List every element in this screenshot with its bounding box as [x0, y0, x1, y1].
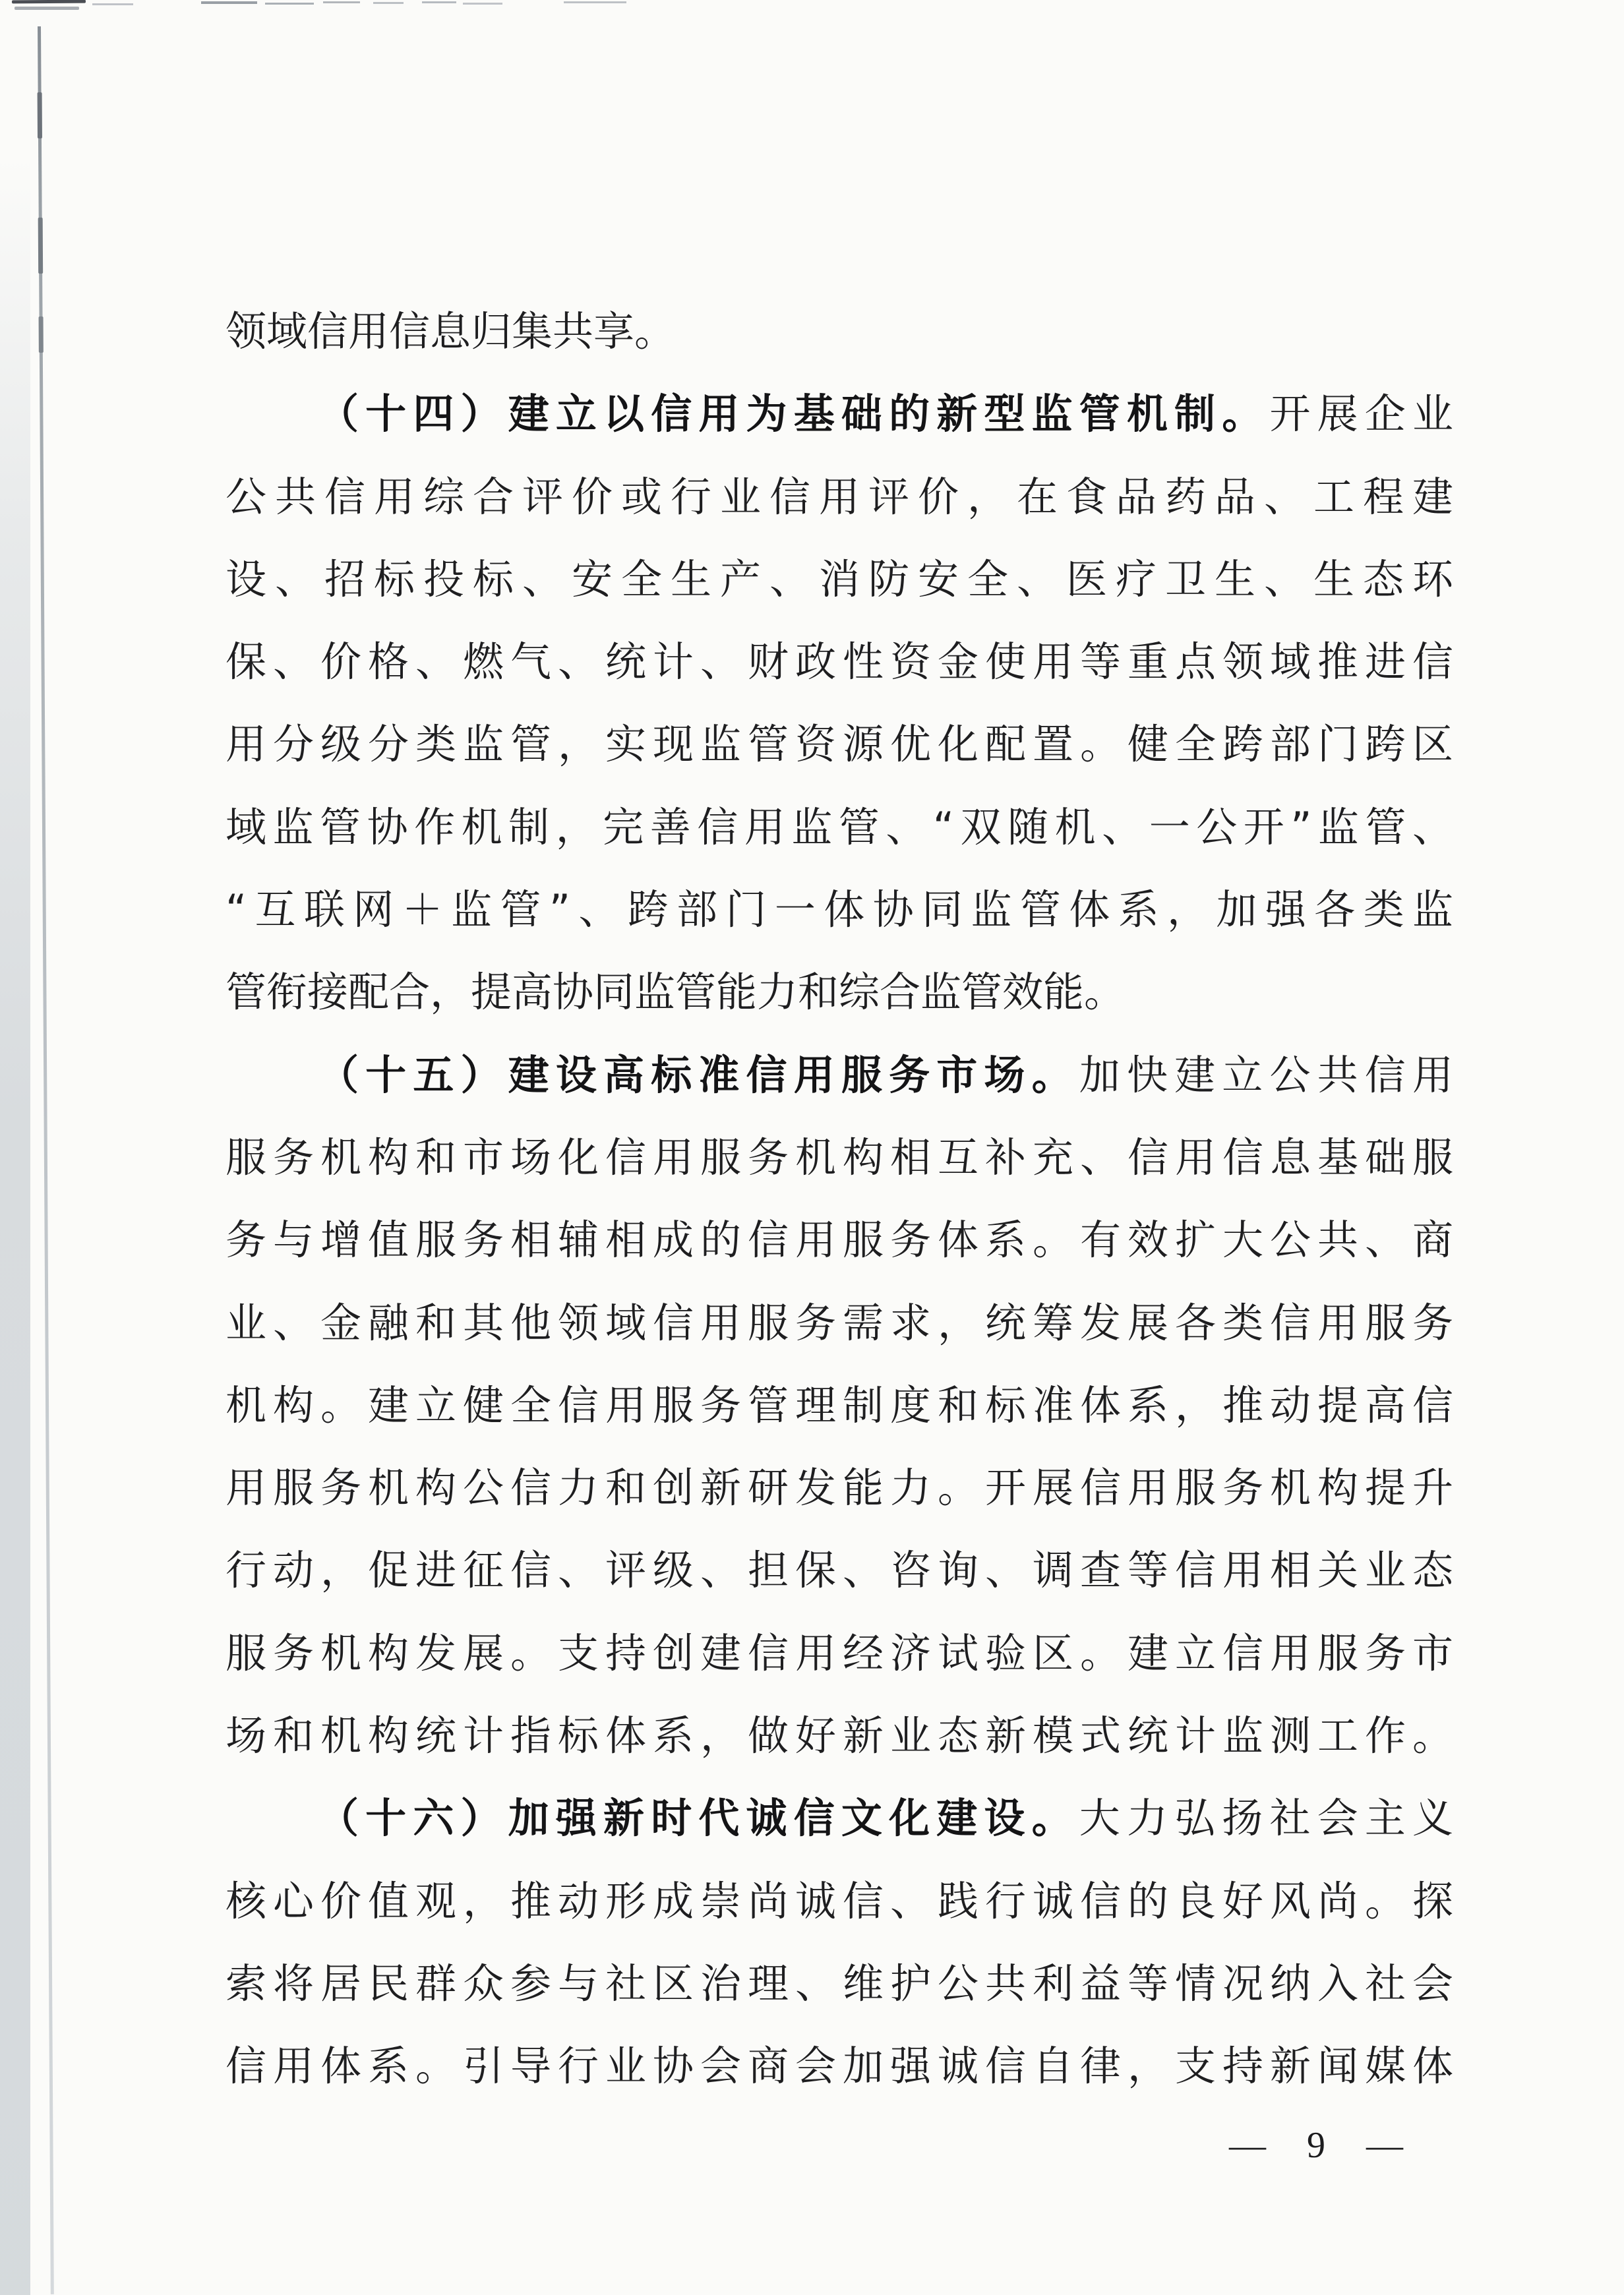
scan-artifact-top-dash: [463, 3, 502, 5]
text-line: 公共信用综合评价或行业信用评价，在食品药品、工程建: [226, 456, 1453, 538]
text-run: 设、招标投标、安全生产、消防安全、医疗卫生、生态环: [226, 555, 1453, 603]
text-line: 场和机构统计指标体系，做好新业态新模式统计监测工作。: [226, 1694, 1453, 1777]
text-line: 用分级分类监管，实现监管资源优化配置。健全跨部门跨区: [226, 703, 1453, 785]
text-run: 服务机构和市场化信用服务机构相互补充、信用信息基础服: [226, 1133, 1453, 1181]
text-run: 务与增值服务相辅相成的信用服务体系。有效扩大公共、商: [226, 1216, 1453, 1264]
text-run: 行动，促进征信、评级、担保、咨询、调查等信用相关业态: [226, 1546, 1453, 1594]
text-run: 管衔接配合，提高协同监管能力和综合监管效能。: [226, 968, 1125, 1016]
text-run: 用服务机构公信力和创新研发能力。开展信用服务机构提升: [226, 1464, 1453, 1512]
text-run: 场和机构统计指标体系，做好新业态新模式统计监测工作。: [226, 1712, 1453, 1760]
text-line: 信用体系。引导行业协会商会加强诚信自律，支持新闻媒体: [226, 2025, 1453, 2107]
text-run: 业、金融和其他领域信用服务需求，统筹发展各类信用服务: [226, 1299, 1453, 1347]
text-run: “互联网＋监管”、跨部门一体协同监管体系，加强各类监: [226, 885, 1453, 934]
text-line: （十四）建立以信用为基础的新型监管机制。开展企业: [226, 373, 1453, 455]
text-run: 索将居民群众参与社区治理、维护公共利益等情况纳入社会: [226, 1959, 1453, 2008]
text-run: 保、价格、燃气、统计、财政性资金使用等重点领域推进信: [226, 638, 1453, 686]
text-line: 行动，促进征信、评级、担保、咨询、调查等信用相关业态: [226, 1529, 1453, 1611]
scan-artifact-top-dash: [564, 1, 626, 3]
text-run: 信用体系。引导行业协会商会加强诚信自律，支持新闻媒体: [226, 2042, 1453, 2090]
scanned-page: 领域信用信息归集共享。 （十四）建立以信用为基础的新型监管机制。开展企业 公共信…: [0, 0, 1624, 2295]
text-line: 核心价值观，推动形成崇尚诚信、践行诚信的良好风尚。探: [226, 1860, 1453, 1942]
text-line: 用服务机构公信力和创新研发能力。开展信用服务机构提升: [226, 1446, 1453, 1529]
scan-artifact-top-dash: [92, 3, 133, 5]
text-line: 业、金融和其他领域信用服务需求，统筹发展各类信用服务: [226, 1282, 1453, 1364]
text-line: 服务机构和市场化信用服务机构相互补充、信用信息基础服: [226, 1116, 1453, 1199]
scan-artifact-edge-tick: [39, 316, 44, 353]
scan-artifact-top-dash: [12, 0, 86, 3]
scan-artifact-top-dash: [323, 1, 360, 3]
scan-artifact-top-dash: [265, 3, 314, 5]
scan-artifact-top-dash: [373, 2, 404, 4]
section-heading: （十四）建立以信用为基础的新型监管机制。: [318, 390, 1269, 438]
text-line: 索将居民群众参与社区治理、维护公共利益等情况纳入社会: [226, 1942, 1453, 2025]
scan-artifact-top-dash: [422, 1, 456, 3]
text-run: 公共信用综合评价或行业信用评价，在食品药品、工程建: [226, 473, 1453, 521]
text-run: 域监管协作机制，完善信用监管、“双随机、一公开”监管、: [226, 803, 1453, 851]
page-number-value: 9: [1307, 2124, 1325, 2166]
text-line: 保、价格、燃气、统计、财政性资金使用等重点领域推进信: [226, 620, 1453, 703]
text-run: 大力弘扬社会主义: [1079, 1794, 1453, 1842]
section-heading: （十六）加强新时代诚信文化建设。: [318, 1794, 1079, 1842]
text-line: （十六）加强新时代诚信文化建设。大力弘扬社会主义: [226, 1777, 1453, 1859]
scan-artifact-edge-line: [38, 26, 54, 2294]
text-run: 服务机构发展。支持创建信用经济试验区。建立信用服务市: [226, 1629, 1453, 1677]
text-line: 域监管协作机制，完善信用监管、“双随机、一公开”监管、: [226, 786, 1453, 868]
text-run: 用分级分类监管，实现监管资源优化配置。健全跨部门跨区: [226, 720, 1453, 768]
page-number-dash-right: —: [1366, 2124, 1403, 2166]
scan-artifact-edge-shadow: [0, 158, 30, 2295]
text-line: 机构。建立健全信用服务管理制度和标准体系，推动提高信: [226, 1364, 1453, 1446]
text-run: 开展企业: [1269, 390, 1453, 438]
scan-artifact-edge-tick: [38, 92, 42, 138]
text-line: （十五）建设高标准信用服务市场。加快建立公共信用: [226, 1034, 1453, 1116]
page-number: — 9 —: [1229, 2124, 1403, 2166]
text-line: 管衔接配合，提高协同监管能力和综合监管效能。: [226, 951, 1453, 1033]
text-run: 机构。建立健全信用服务管理制度和标准体系，推动提高信: [226, 1381, 1453, 1429]
text-line: “互联网＋监管”、跨部门一体协同监管体系，加强各类监: [226, 868, 1453, 951]
text-line: 设、招标投标、安全生产、消防安全、医疗卫生、生态环: [226, 538, 1453, 620]
text-line: 领域信用信息归集共享。: [226, 290, 1453, 373]
text-line: 服务机构发展。支持创建信用经济试验区。建立信用服务市: [226, 1612, 1453, 1694]
section-heading: （十五）建设高标准信用服务市场。: [318, 1051, 1079, 1099]
document-body: 领域信用信息归集共享。 （十四）建立以信用为基础的新型监管机制。开展企业 公共信…: [226, 290, 1453, 2108]
text-line: 务与增值服务相辅相成的信用服务体系。有效扩大公共、商: [226, 1199, 1453, 1281]
text-run: 领域信用信息归集共享。: [226, 307, 675, 355]
text-run: 核心价值观，推动形成崇尚诚信、践行诚信的良好风尚。探: [226, 1877, 1453, 1925]
scan-artifact-edge-tick: [38, 218, 43, 274]
scan-artifact-top-dash: [201, 1, 257, 4]
text-run: 加快建立公共信用: [1079, 1051, 1453, 1099]
page-number-dash-left: —: [1229, 2124, 1266, 2166]
scan-artifact-top-dash: [15, 7, 79, 10]
